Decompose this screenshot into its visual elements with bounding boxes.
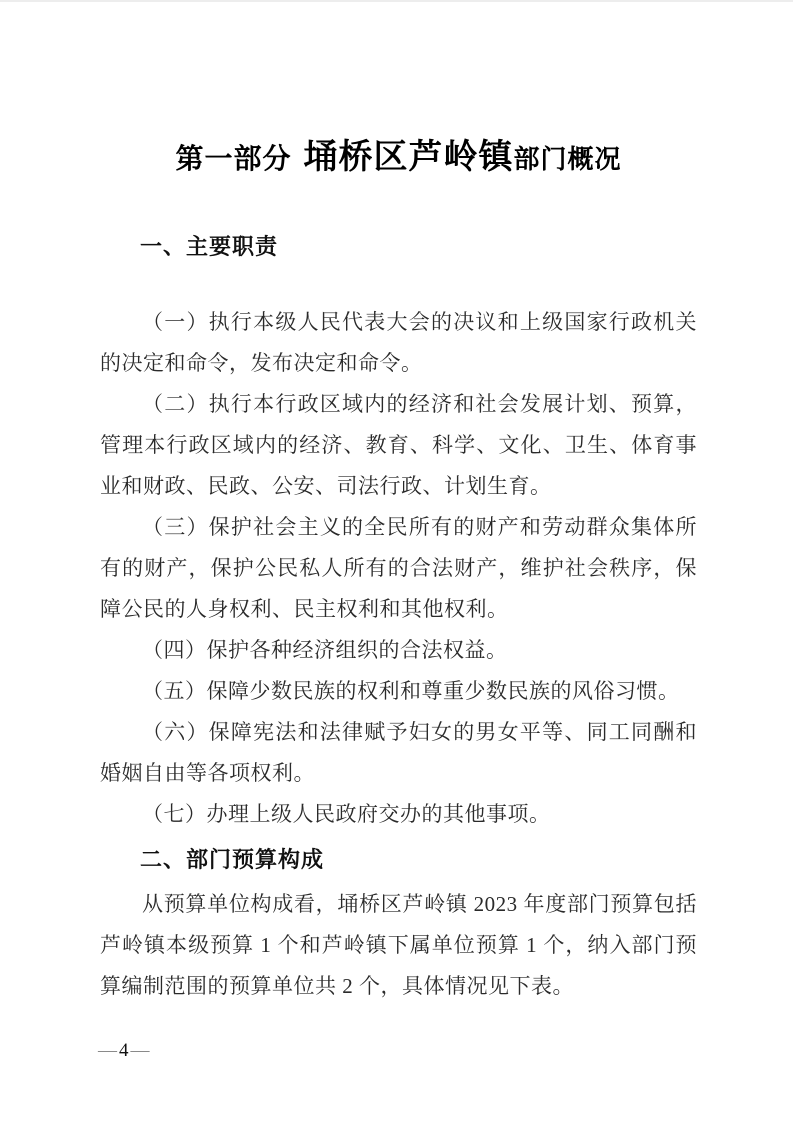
budget-composition-paragraph: 从预算单位构成看，埇桥区芦岭镇 2023 年度部门预算包括芦岭镇本级预算 1 个… (100, 884, 697, 1007)
page-title: 第一部分埇桥区芦岭镇部门概况 (100, 2, 697, 182)
page-number-right-dash: — (131, 1040, 151, 1061)
page-number-value: 4 (118, 1040, 131, 1061)
duty-paragraph-1: （一）执行本级人民代表大会的决议和上级国家行政机关的决定和命令，发布决定和命令。 (100, 302, 697, 384)
duty-paragraph-7: （七）办理上级人民政府交办的其他事项。 (100, 794, 697, 835)
page-number-left-dash: — (98, 1040, 118, 1061)
document-content: 第一部分埇桥区芦岭镇部门概况 一、主要职责 （一）执行本级人民代表大会的决议和上… (0, 2, 793, 1007)
section-heading-budget-composition: 二、部门预算构成 (100, 845, 697, 875)
page-number: —4— (98, 1040, 151, 1062)
duty-paragraph-6: （六）保障宪法和法律赋予妇女的男女平等、同工同酬和婚姻自由等各项权利。 (100, 712, 697, 794)
duty-paragraph-4: （四）保护各种经济组织的合法权益。 (100, 630, 697, 671)
title-department-name: 埇桥区芦岭镇 (304, 138, 514, 176)
duty-paragraph-5: （五）保障少数民族的权利和尊重少数民族的风俗习惯。 (100, 671, 697, 712)
duty-paragraph-3: （三）保护社会主义的全民所有的财产和劳动群众集体所有的财产，保护公民私人所有的合… (100, 507, 697, 630)
document-page: 第一部分埇桥区芦岭镇部门概况 一、主要职责 （一）执行本级人民代表大会的决议和上… (0, 0, 793, 1122)
title-part-label: 第一部分 (175, 143, 291, 174)
section-heading-main-duties: 一、主要职责 (100, 232, 697, 262)
duty-paragraph-2: （二）执行本行政区域内的经济和社会发展计划、预算，管理本行政区域内的经济、教育、… (100, 384, 697, 507)
title-suffix: 部门概况 (514, 144, 622, 174)
